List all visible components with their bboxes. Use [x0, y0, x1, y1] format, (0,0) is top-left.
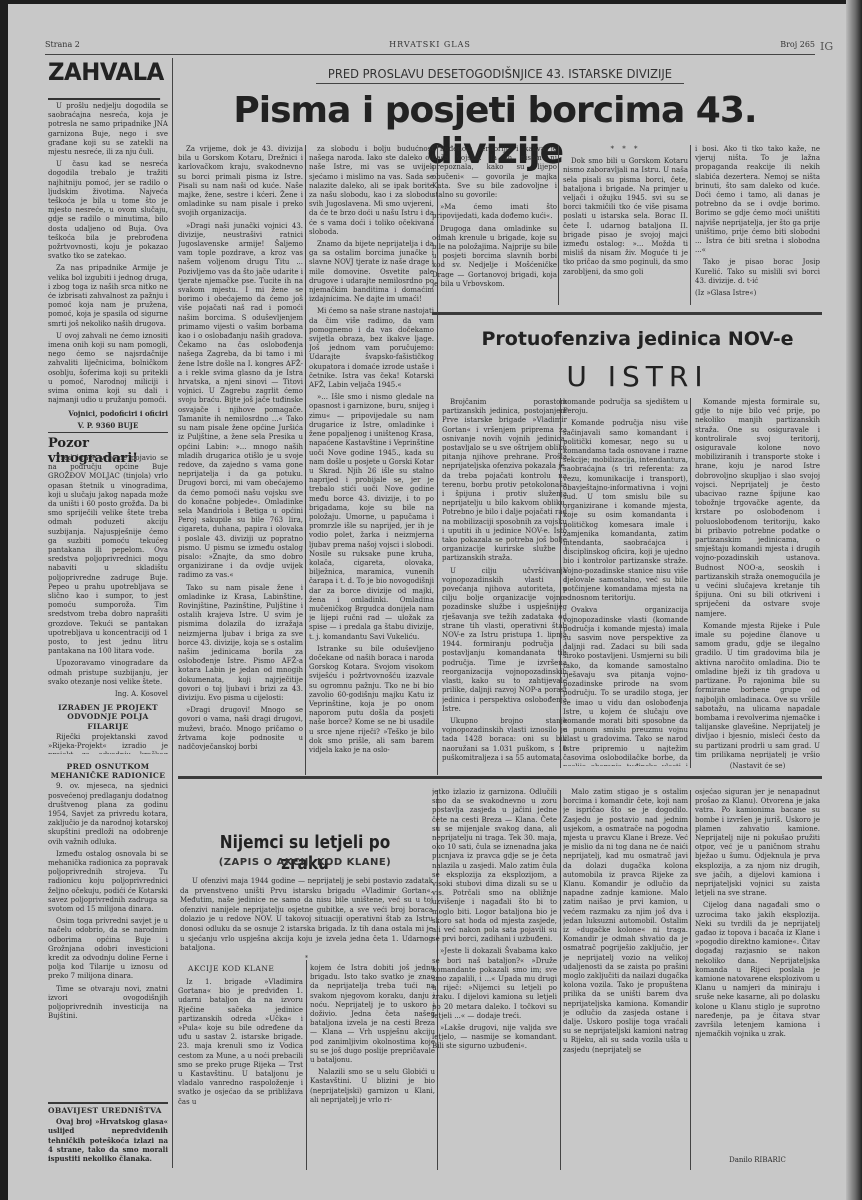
article-kicker: PRED PROSLAVU DESETOGODIŠNJICE 43. ISTAR… [316, 66, 684, 84]
radionica-title: PRED OSNUTKOM MEHANIČKE RADIONICE [48, 762, 168, 780]
column-rule [558, 145, 559, 305]
nijemci-col-4: Malo zatim stigao je s ostalim borcima i… [563, 788, 688, 1168]
paragraph: bođenom teritoriju i kakva je naša vojsk… [432, 145, 557, 200]
paragraph: U cilju učvršćivanja vojnopozadinskih vl… [442, 567, 567, 714]
paragraph: Riječki projektanski zavod »Rijeka-Proje… [48, 733, 168, 754]
zahvala-title: ZAHVALA [48, 58, 160, 100]
page-edge-shadow [846, 0, 862, 1200]
separator: * * * [563, 145, 688, 154]
paragraph: »Lakše drugovi, nije valjda sve letjelo,… [432, 1024, 557, 1052]
margin-mark: IG [820, 40, 833, 53]
pisma-col-4: * * * Dok smo bili u Gorskom Kotaru nism… [563, 145, 688, 305]
paragraph: komande područja sa sjedištem u Peroju. [563, 398, 688, 416]
paragraph: Istranke su bile oduševljeno dočekane od… [309, 645, 434, 755]
paragraph: za slobodu i bolju budućnost našega naro… [309, 145, 434, 237]
paragraph: Između ostalog osnovala bi se mehanička … [48, 850, 168, 914]
paragraph: »Dragi naši junački vojnici 43. divizije… [178, 222, 303, 581]
paragraph: »Jeste li dokazali Švabama kako se bori … [432, 947, 557, 1021]
paragraph: Nalazili smo se u selu Globići u Kastavš… [310, 1068, 435, 1105]
pozor-body: Pred kraće vrijeme pojavio se na područj… [48, 454, 168, 754]
paragraph: i bosi. Ako ti tko tako kaže, ne vjeruj … [695, 145, 820, 255]
paragraph: Tako su nam pisale žene i omladinke iz K… [178, 584, 303, 704]
paragraph: Komande mjesta Rijeke i Pule imale su po… [695, 622, 820, 758]
paragraph: osjećao siguran jer je nenapadnut prošao… [695, 788, 820, 898]
column-rule [560, 790, 561, 1170]
obavijest-body: OBAVIJEST UREDNIŠTVA Ovaj broj »Hrvatsko… [48, 1106, 168, 1166]
paragraph: Za vrijeme, dok je 43. divizija bila u G… [178, 145, 303, 219]
paragraph: Drugoga dana omladinke su odmah krenule … [432, 225, 557, 289]
projekt-title: IZRAĐEN JE PROJEKT ODVODNJE POLJA FILARI… [48, 703, 168, 731]
paragraph: Tako je pisao borac Josip Kurelić. Tako … [695, 258, 820, 286]
paragraph: Ovaj broj »Hrvatskog glasa« uslijed nepr… [48, 1117, 168, 1163]
paragraph: Upozoravamo vinogradare da odmah pristup… [48, 659, 168, 687]
issue-number: Broj 265 [780, 40, 815, 49]
radionica-body: PRED OSNUTKOM MEHANIČKE RADIONICE 9. ov.… [48, 758, 168, 1100]
paragraph: jetko izlazio iz garnizona. Odlučili smo… [432, 788, 557, 944]
divider [178, 776, 822, 779]
masthead: Strana 2 HRVATSKI GLAS Broj 265 [45, 38, 815, 55]
nijemci-col-1: Iz 1. brigade »Vladimira Gortana« bio je… [178, 978, 303, 1168]
paragraph: Cijelog dana nagađali smo o uzrocima tak… [695, 901, 820, 1039]
signature: Vojnici, podoficiri i oficiri [48, 409, 168, 418]
column-rule [690, 398, 691, 768]
paragraph: 9. ov. mjeseca, na sjednici posvećenoj p… [48, 782, 168, 846]
protuofenziva-subtitle: U ISTRI [440, 360, 835, 393]
paragraph: Za nas pripadnike Armije je velika bol i… [48, 264, 168, 328]
protuofenziva-col-3: Komande mjesta formirale su, gdje to nij… [695, 398, 820, 758]
paragraph: »... Išle smo i nismo gledale na opasnos… [309, 393, 434, 641]
paragraph: Osim toga privredni savjet je u načelu o… [48, 917, 168, 981]
paragraph: »Dragi drugovi! Mnogo se govori o vama, … [178, 706, 303, 752]
column-rule [172, 58, 173, 1168]
paragraph: U času kad se nesreća dogodila trebalo j… [48, 160, 168, 261]
column-rule [560, 398, 561, 768]
paragraph: Malo zatim stigao je s ostalim borcima i… [563, 788, 688, 1055]
pisma-col-1: Za vrijeme, dok je 43. divizija bila u G… [178, 145, 303, 775]
column-rule [690, 145, 691, 305]
pisma-col-2: za slobodu i bolju budućnost našega naro… [309, 145, 434, 775]
continued-note: (Nastavit će se) [695, 762, 820, 774]
paragraph: Mi ćemo sa naše strane nastojati da čim … [309, 307, 434, 390]
divider [432, 312, 822, 315]
paragraph: Iz 1. brigade »Vladimira Gortana« bio je… [178, 978, 303, 1107]
paragraph: Komande mjesta formirale su, gdje to nij… [695, 398, 820, 619]
column-rule [306, 960, 307, 1170]
paragraph: Znamo da bijete neprijatelja i da ga sa … [309, 240, 434, 304]
divider [48, 1102, 168, 1104]
paragraph: Brojčanim porastom partizanskih jedinica… [442, 398, 567, 564]
nijemci-col-5: osjećao siguran jer je nenapadnut prošao… [695, 788, 820, 1148]
signature: V. P. 9360 BUJE [48, 421, 168, 430]
protuofenziva-col-1: Brojčanim porastom partizanskih jedinica… [442, 398, 567, 766]
paragraph: U ovoj zahvali ne ćemo iznositi imena on… [48, 332, 168, 406]
pisma-col-5: i bosi. Ako ti tko tako kaže, ne vjeruj … [695, 145, 820, 305]
nijemci-subtitle: (ZAPIS O AKCIJI KOD KLANE) [175, 857, 435, 868]
paragraph: U prošlu nedjelju dogodila se saobraćajn… [48, 102, 168, 157]
zahvala-body: U prošlu nedjelju dogodila se saobraćajn… [48, 102, 168, 432]
paragraph: Dok smo bili u Gorskom Kotaru nismo zabo… [563, 157, 688, 277]
column-rule [690, 790, 691, 1170]
nijemci-intro: U ofenzivi maja 1944 godine — neprijatel… [180, 877, 433, 954]
source-note: (Iz »Glasa Istre«) [695, 289, 820, 298]
paragraph: Ovakva organizacija vojnopozadinske vlas… [563, 606, 688, 766]
paragraph: Komande područja nisu više sačinjavali s… [563, 419, 688, 603]
paragraph: kojem će Istra dobiti još jednu brigadu.… [310, 964, 435, 1065]
protuofenziva-col-2: komande područja sa sjedištem u Peroju. … [563, 398, 688, 766]
obavijest-title: OBAVIJEST UREDNIŠTVA [48, 1106, 168, 1115]
section-heading: AKCIJE KOD KLANE [188, 964, 274, 973]
pisma-col-3: bođenom teritoriju i kakva je naša vojsk… [432, 145, 557, 305]
paragraph: Pred kraće vrijeme pojavio se na područj… [48, 454, 168, 656]
author-signature: Danilo RIBARIĆ [695, 1156, 820, 1168]
nijemci-col-3: jetko izlazio iz garnizona. Odlučili smo… [432, 788, 557, 1168]
signature: Ing. A. Kosovel [48, 690, 168, 699]
paragraph: Ukupno brojno stanje vojnopozadinskih vl… [442, 717, 567, 763]
nijemci-col-2: kojem će Istra dobiti još jednu brigadu.… [310, 964, 435, 1168]
divider [48, 432, 168, 433]
protuofenziva-title: Protuofenziva jedinica NOV-e [440, 328, 835, 350]
paragraph: U ofenzivi maja 1944 godine — neprijatel… [180, 877, 433, 954]
column-rule [305, 145, 306, 775]
paragraph: Time se otvaraju novi, znatni izvori ovo… [48, 985, 168, 1022]
paragraph: »Ma ćemo imati što pripovijedati, kada d… [432, 203, 557, 221]
paper-name: HRVATSKI GLAS [45, 40, 815, 49]
